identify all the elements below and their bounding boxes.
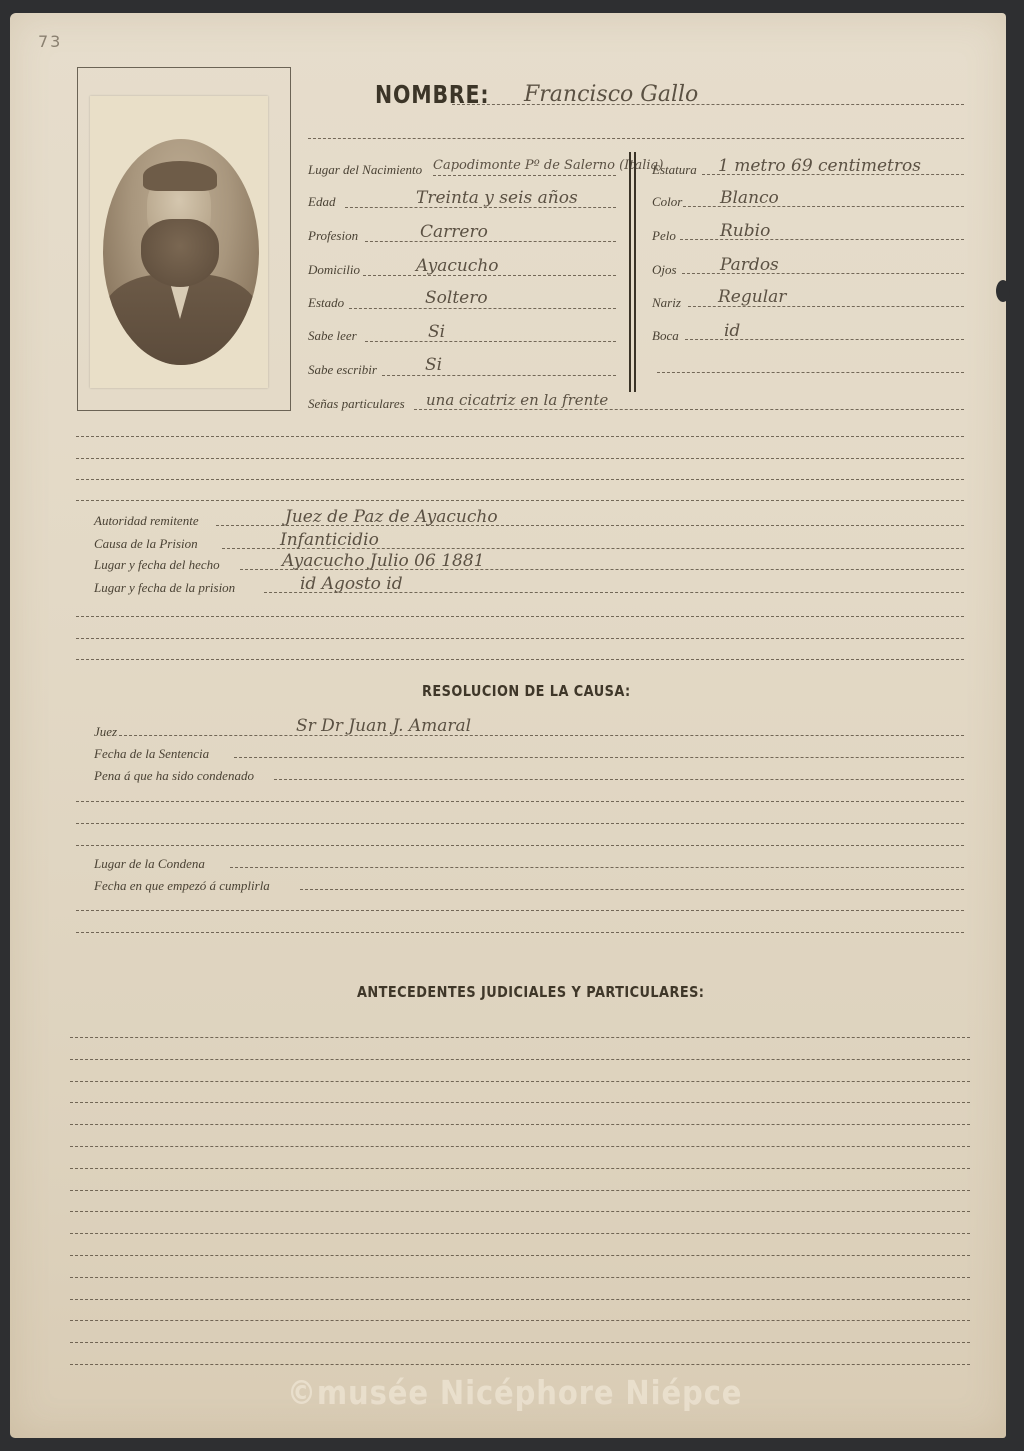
field-label: Estatura [652,162,697,178]
rule [70,1059,970,1060]
rule [76,823,964,824]
rule [76,500,964,501]
rule [264,592,964,593]
rule [70,1211,970,1212]
rule [300,889,964,890]
field-value: 1 metro 69 centimetros [718,156,921,176]
field-value: id Agosto id [300,574,403,594]
rule [680,239,964,240]
rule [76,616,964,617]
nombre-rule [452,104,964,105]
field-value: Regular [718,287,786,307]
rule [230,867,964,868]
field-label: Lugar y fecha del hecho [94,557,220,573]
column-divider [634,152,636,392]
rule [70,1168,970,1169]
rule [382,375,616,376]
field-label: Lugar y fecha de la prision [94,580,235,596]
portrait-hair [143,161,217,191]
rule [70,1320,970,1321]
rule [76,932,964,933]
field-label: Juez [94,724,117,740]
field-label: Profesion [308,228,358,244]
field-label: Causa de la Prision [94,536,198,552]
rule [657,372,964,373]
portrait-beard [141,219,219,287]
field-label: Boca [652,328,679,344]
field-label: Color [652,194,682,210]
field-label: Ojos [652,262,677,278]
rule [688,306,964,307]
rule [70,1299,970,1300]
field-label: Lugar de la Condena [94,856,205,872]
rule [365,341,616,342]
rule [70,1146,970,1147]
rule [702,174,964,175]
field-label: Estado [308,295,344,311]
rule [345,207,616,208]
field-value: Infanticidio [280,530,379,550]
rule [70,1277,970,1278]
rule [76,801,964,802]
field-value: id [724,321,740,341]
rule [274,779,964,780]
rule [234,757,964,758]
field-value: Si [428,322,445,342]
field-value: Treinta y seis años [416,188,578,208]
rule [308,138,964,139]
field-value: Pardos [720,255,779,275]
field-value: Soltero [425,288,488,308]
resolucion-title: RESOLUCION DE LA CAUSA: [422,682,631,700]
field-label: Lugar del Nacimiento [308,162,422,178]
paper-tear [996,280,1010,302]
field-label: Fecha en que empezó á cumplirla [94,878,270,894]
field-label: Nariz [652,295,681,311]
field-value: Sr Dr Juan J. Amaral [296,716,471,736]
field-label: Fecha de la Sentencia [94,746,209,762]
rule [240,569,964,570]
field-value: Ayacucho Julio 06 1881 [282,551,484,571]
rule [433,175,616,176]
page-number: 73 [38,32,62,51]
rule [76,910,964,911]
rule [76,638,964,639]
rule [70,1342,970,1343]
rule [216,525,964,526]
field-label: Señas particulares [308,396,405,412]
field-label: Edad [308,194,335,210]
rule [70,1255,970,1256]
rule [76,659,964,660]
rule [683,206,964,207]
rule [70,1364,970,1365]
field-label: Sabe leer [308,328,357,344]
rule [222,548,964,549]
rule [119,735,964,736]
rule [76,436,964,437]
rule [70,1233,970,1234]
rule [70,1081,970,1082]
field-value: Rubio [720,221,770,241]
antecedentes-title: ANTECEDENTES JUDICIALES Y PARTICULARES: [357,983,704,1001]
rule [70,1124,970,1125]
rule [70,1102,970,1103]
rule [70,1190,970,1191]
rule [414,409,964,410]
field-label: Autoridad remitente [94,513,199,529]
rule [685,339,964,340]
portrait-photo [103,139,259,365]
field-value: Si [425,355,442,375]
rule [363,275,616,276]
rule [76,479,964,480]
field-value: Juez de Paz de Ayacucho [285,507,498,527]
rule [70,1037,970,1038]
rule [76,845,964,846]
rule [349,308,616,309]
field-label: Pena á que ha sido condenado [94,768,254,784]
field-value: Carrero [420,222,488,242]
column-divider [629,152,631,392]
watermark: ©musée Nicéphore Niépce [287,1373,742,1412]
field-value: Ayacucho [416,256,499,276]
field-label: Domicilio [308,262,360,278]
field-label: Sabe escribir [308,362,377,378]
rule [76,458,964,459]
field-value: una cicatriz en la frente [426,391,608,409]
rule [365,241,616,242]
rule [682,273,964,274]
field-label: Pelo [652,228,676,244]
field-value: Blanco [720,188,779,208]
